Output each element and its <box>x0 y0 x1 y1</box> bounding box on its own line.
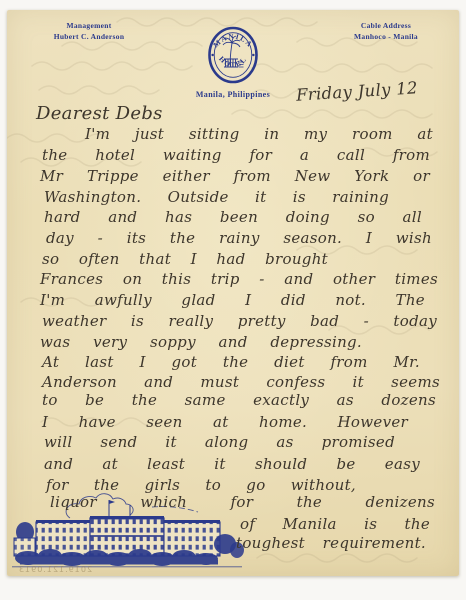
letter-line: so often that I had brought <box>42 252 328 267</box>
location-line: Manila, Philippines <box>173 90 293 99</box>
letter-line: weather is really pretty bad - today <box>42 314 437 329</box>
management-block: Management Hubert C. Anderson <box>29 21 149 43</box>
letter-line: toughest requirement. <box>236 536 426 551</box>
letter-line: Mr Trippe either from New York or <box>40 169 430 184</box>
letter-line: to be the same exactly as dozens <box>42 393 436 408</box>
letter-line: I'm awfully glad I did not. The <box>40 293 425 308</box>
letter-line: Washington. Outside it is raining <box>44 190 389 205</box>
letter-line: and at least it should be easy <box>44 457 420 472</box>
letter-line: will send it along as promised <box>44 435 395 450</box>
letter-line: I have seen at home. However <box>42 415 408 430</box>
letter-line: Frances on this trip - and other times <box>40 272 438 287</box>
letter-line: day - its the rainy season. I wish <box>46 231 432 246</box>
cable-address-block: Cable Address Manhoco - Manila <box>325 21 447 43</box>
cable-address-value: Manhoco - Manila <box>325 32 447 43</box>
management-name: Hubert C. Anderson <box>29 32 149 43</box>
letter-line: liquor which for the denizens <box>50 495 435 510</box>
management-label: Management <box>29 21 149 32</box>
cable-address-label: Cable Address <box>325 21 447 32</box>
letter-line: was very soppy and depressing. <box>40 335 362 350</box>
letter-scan: Management Hubert C. Anderson Cable Addr… <box>0 0 466 600</box>
letter-line: I'm just sitting in my room at <box>85 127 433 142</box>
letter-line: the hotel waiting for a call from <box>42 148 430 163</box>
salutation: Dearest Debs <box>36 103 163 124</box>
faint-accession-number: 2019.121.0913 <box>18 565 92 574</box>
manila-hotel-logo-icon: MANILA HOTEL <box>204 26 262 84</box>
letter-line: for the girls to go without, <box>46 478 356 493</box>
letter-line: Anderson and must confess it seems <box>42 375 440 390</box>
letter-line: hard and has been doing so all <box>44 210 422 225</box>
letter-line: of Manila is the <box>240 517 430 532</box>
letter-line: At last I got the diet from Mr. <box>42 355 420 370</box>
